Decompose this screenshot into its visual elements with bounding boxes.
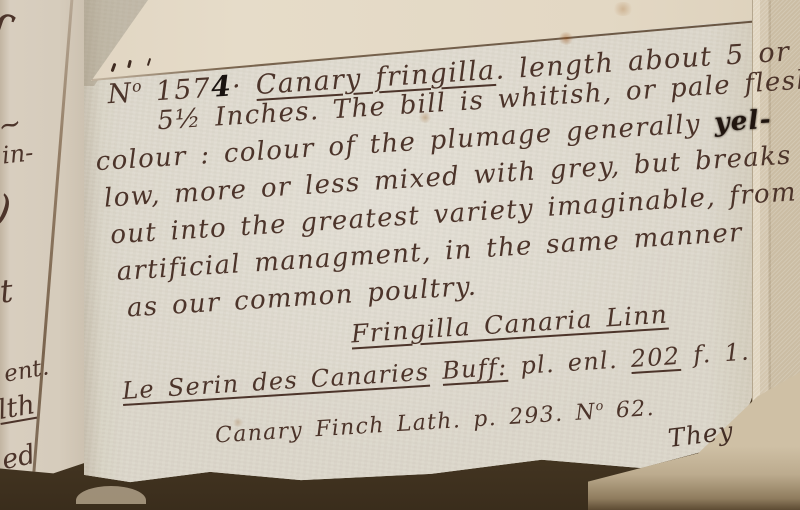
margin-fragment: ) bbox=[0, 185, 15, 236]
margin-fragment: ~ bbox=[0, 106, 25, 144]
manuscript-segment: yel- bbox=[713, 105, 772, 139]
manuscript-segment: Le Serin des Canaries bbox=[121, 358, 430, 405]
manuscript-segment: pl. enl. bbox=[507, 345, 632, 381]
manuscript-segment: N bbox=[107, 78, 134, 111]
margin-fragment: ʃ bbox=[0, 3, 12, 58]
page-crease-line bbox=[29, 0, 74, 510]
margin-fragment: ent. bbox=[2, 354, 51, 387]
margin-fragment: t bbox=[0, 271, 15, 310]
manuscript-segment: 62. bbox=[603, 396, 656, 424]
manuscript-photo: ʃ~in-)tent.lthed No 1574· Canary fringil… bbox=[0, 0, 800, 510]
margin-fragment: in- bbox=[1, 138, 35, 169]
manuscript-segment: 202 bbox=[630, 342, 681, 373]
manuscript-segment: f. 1. bbox=[679, 338, 750, 370]
manuscript-segment: Buff: bbox=[441, 353, 508, 385]
manuscript-text: No 1574· Canary fringilla. length about … bbox=[96, 27, 799, 455]
left-page-strip: ʃ~in-)tent.lthed bbox=[0, 0, 97, 488]
margin-fragment: lth bbox=[0, 389, 37, 426]
